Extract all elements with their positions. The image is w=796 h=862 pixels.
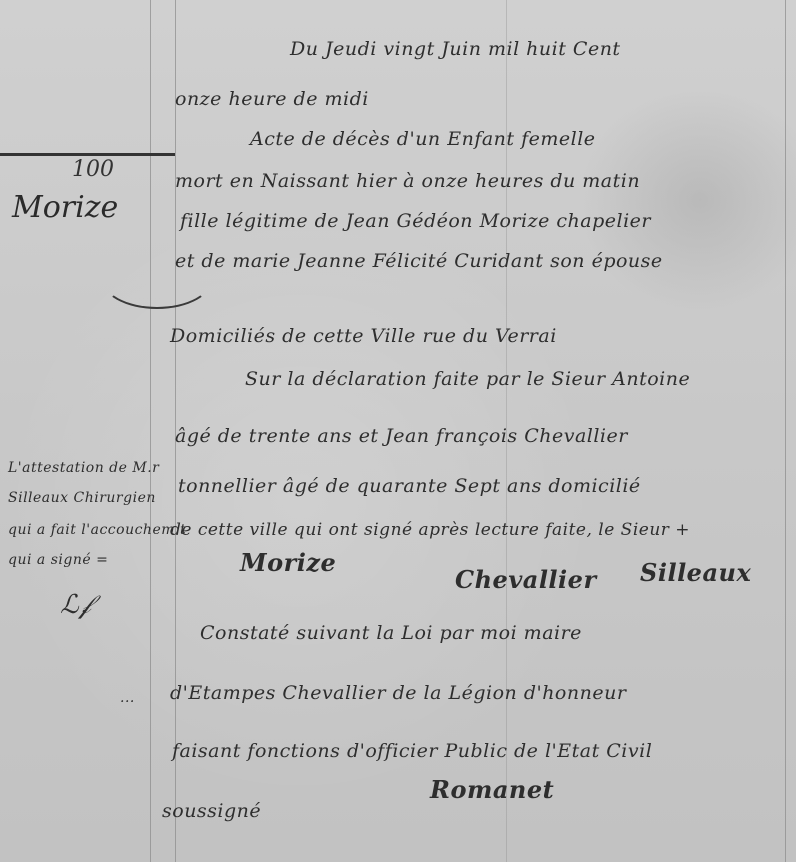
margin-note-line: Silleaux Chirurgien [8,490,156,506]
closing-line: d'Etampes Chevallier de la Légion d'honn… [170,682,626,704]
signature-morize: Morize [240,548,336,577]
margin-note-line: L'attestation de M.r [8,460,159,476]
body-line: Sur la déclaration faite par le Sieur An… [245,368,690,390]
page-edge [785,0,786,862]
entry-number: 100 [72,157,114,182]
body-line: Acte de décès d'un Enfant femelle [250,128,596,150]
margin-rule [150,0,151,862]
closing-line: Constaté suivant la Loi par moi maire [200,622,582,644]
body-line: Domiciliés de cette Ville rue du Verrai [170,325,557,347]
register-page: 100 Morize L'attestation de M.r Silleaux… [0,0,796,862]
signature-silleaux: Silleaux [640,558,751,587]
entry-separator [0,153,175,156]
body-line: de cette ville qui ont signé après lectu… [170,520,690,540]
paraph-mark: ℒ𝒻 [60,590,91,621]
margin-dots: ... [120,690,135,706]
signature-chevallier: Chevallier [455,565,597,594]
body-line: fille légitime de Jean Gédéon Morize cha… [180,210,651,232]
body-line: et de marie Jeanne Félicité Curidant son… [175,250,663,272]
closing-line: faisant fonctions d'officier Public de l… [172,740,652,762]
body-line: mort en Naissant hier à onze heures du m… [175,170,640,192]
body-line: âgé de trente ans et Jean françois Cheva… [175,425,628,447]
margin-note-line: qui a signé = [8,552,108,568]
body-line: Du Jeudi vingt Juin mil huit Cent [290,38,621,60]
margin-note-line: qui a fait l'accouchem.t [8,522,186,538]
signature-mayor: Romanet [430,775,554,804]
body-line: onze heure de midi [175,88,369,110]
margin-surname: Morize [12,190,118,225]
body-line: tonnellier âgé de quarante Sept ans domi… [178,475,641,497]
closing-line: soussigné [162,800,261,822]
